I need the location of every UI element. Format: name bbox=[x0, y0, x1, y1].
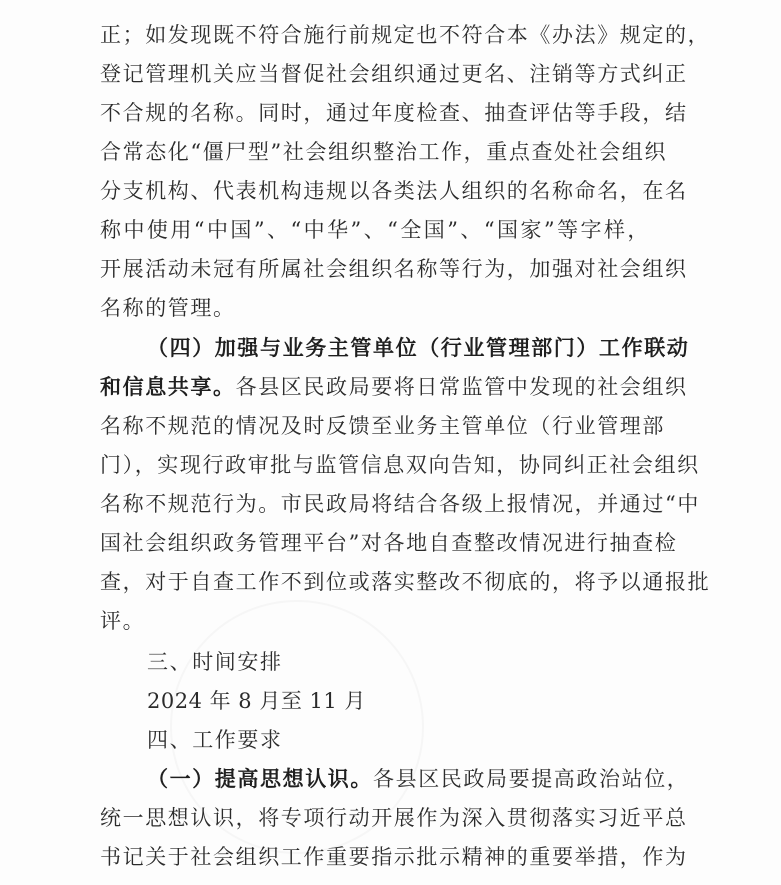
paragraph-line: 书记关于社会组织工作重要指示批示精神的重要举措，作为 bbox=[100, 842, 650, 872]
paragraph-line: 国社会组织政务管理平台”对各地自查整改情况进行抽查检 bbox=[100, 528, 650, 558]
paragraph-line: 称中使用“中国”、“中华”、“全国”、“国家”等字样， bbox=[100, 215, 650, 245]
section-4-title: （四）加强与业务主管单位（行业管理部门）工作联动 bbox=[147, 333, 650, 363]
section-4-line: 和信息共享。各县区民政局要将日常监管中发现的社会组织 bbox=[100, 372, 650, 402]
paragraph-line: 名称不规范行为。市民政局将结合各级上报情况，并通过“中 bbox=[100, 489, 650, 519]
paragraph-line: 名称不规范的情况及时反馈至业务主管单位（行业管理部 bbox=[100, 411, 650, 441]
schedule-text: 2024 年 8 月至 11 月 bbox=[147, 686, 366, 716]
paragraph-line: 统一思想认识，将专项行动开展作为深入贯彻落实习近平总 bbox=[100, 803, 650, 833]
heading-requirements: 四、工作要求 bbox=[147, 725, 283, 755]
paragraph-line: 不合规的名称。同时，通过年度检查、抽查评估等手段，结 bbox=[100, 98, 650, 128]
paragraph-line: 名称的管理。 bbox=[100, 293, 650, 323]
requirement-1-title: （一）提高思想认识。 bbox=[147, 766, 373, 791]
document-page: 正；如发现既不符合施行前规定也不符合本《办法》规定的， 登记管理机关应当督促社会… bbox=[0, 0, 781, 885]
requirement-1-line: （一）提高思想认识。各县区民政局要提高政治站位， bbox=[147, 764, 650, 794]
paragraph-line: 评。 bbox=[100, 606, 650, 636]
paragraph-line: 查，对于自查工作不到位或落实整改不彻底的，将予以通报批 bbox=[100, 567, 650, 597]
paragraph-line: 登记管理机关应当督促社会组织通过更名、注销等方式纠正 bbox=[100, 59, 650, 89]
requirement-1-text: 各县区民政局要提高政治站位， bbox=[373, 767, 689, 791]
paragraph-line: 合常态化“僵尸型”社会组织整治工作，重点查处社会组织 bbox=[100, 137, 650, 167]
paragraph-line: 分支机构、代表机构违规以各类法人组织的名称命名，在名 bbox=[100, 176, 650, 206]
section-4-text: 各县区民政局要将日常监管中发现的社会组织 bbox=[236, 375, 688, 399]
paragraph-line: 开展活动未冠有所属社会组织名称等行为，加强对社会组织 bbox=[100, 254, 650, 284]
paragraph-line: 正；如发现既不符合施行前规定也不符合本《办法》规定的， bbox=[100, 20, 650, 50]
heading-schedule: 三、时间安排 bbox=[147, 647, 283, 677]
section-4-title-end: 和信息共享。 bbox=[100, 374, 236, 399]
paragraph-line: 门），实现行政审批与监管信息双向告知，协同纠正社会组织 bbox=[100, 450, 650, 480]
